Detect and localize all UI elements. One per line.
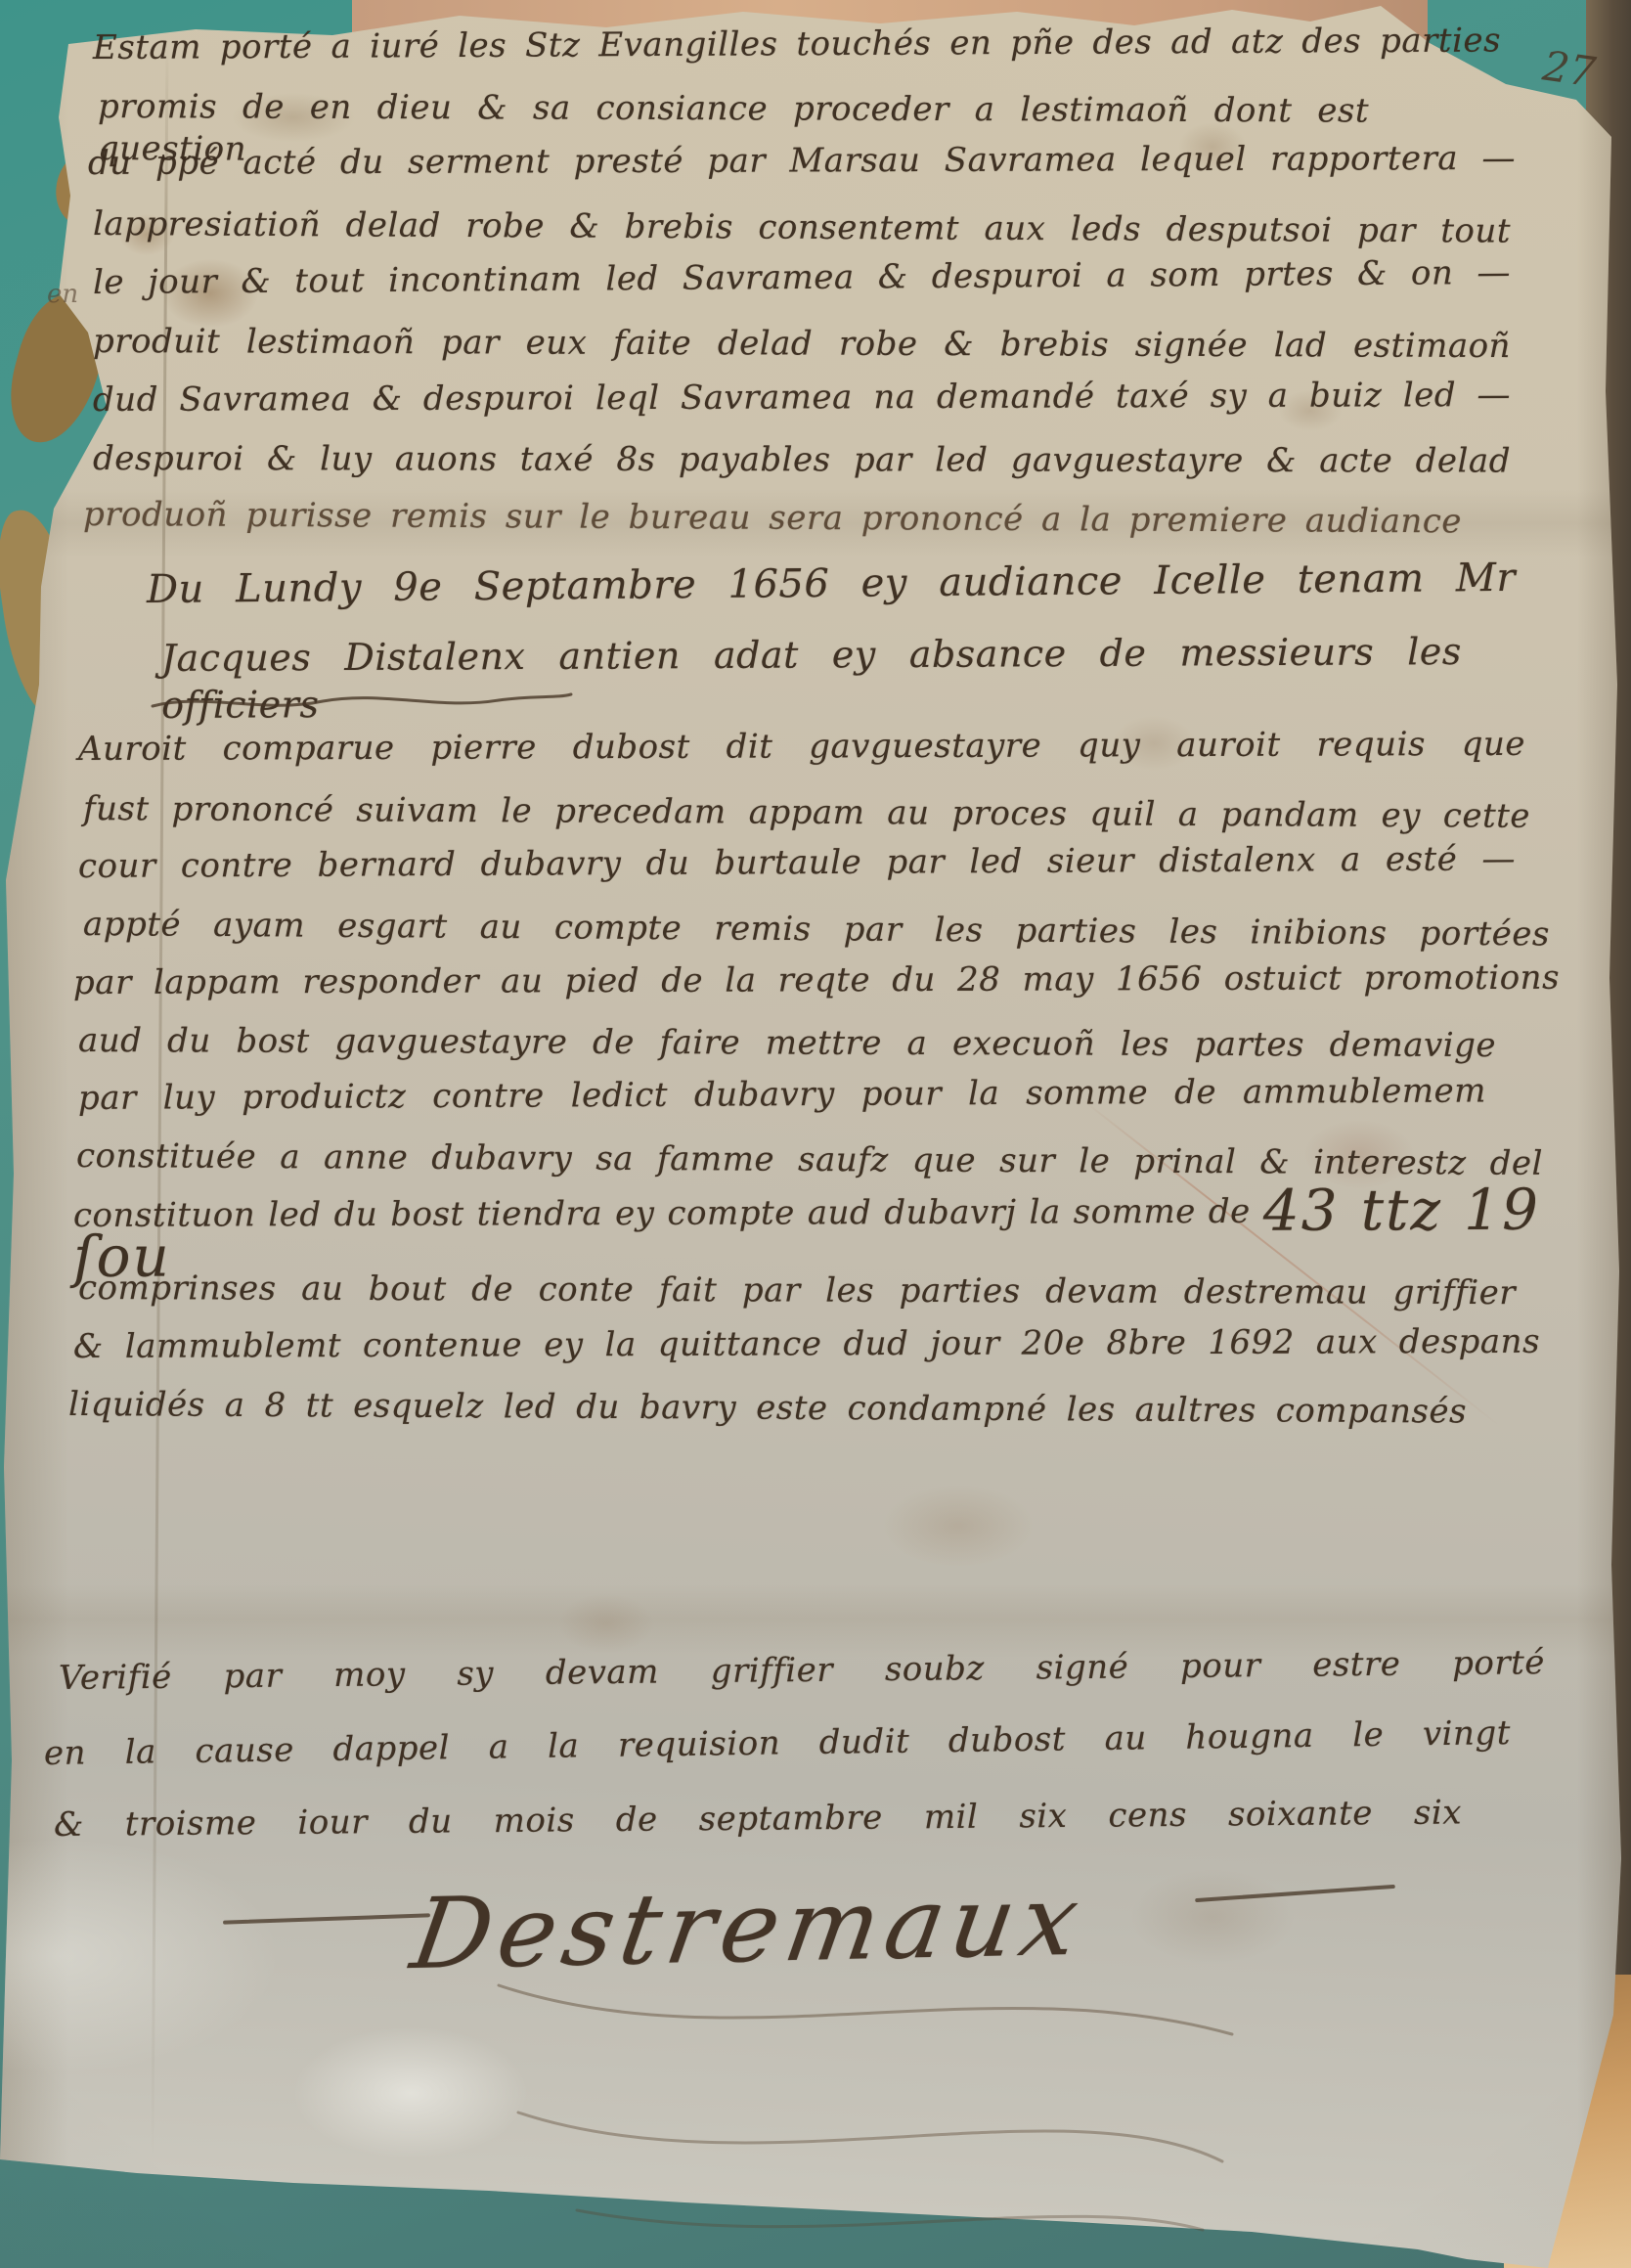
manuscript-line: produoñ purisse remis sur le bureau sera…: [83, 494, 1462, 543]
manuscript-line: Auroit comparue pierre dubost dit gavgue…: [78, 724, 1525, 771]
manuscript-line: par lappam responder au pied de la reqte…: [73, 957, 1560, 1004]
manuscript-line: lappresiatioñ delad robe & brebis consen…: [93, 203, 1511, 252]
manuscript-photo: 27 en Estam porté a iuré les Stz Evangil…: [0, 0, 1631, 2268]
manuscript-line: du ppé acté du serment presté par Marsau…: [88, 138, 1516, 185]
signature-flourish: [460, 1946, 1261, 2259]
manuscript-line: & lammublemt contenue ey la quittance du…: [73, 1321, 1540, 1368]
manuscript-line: comprinses au bout de conte fait par les…: [78, 1267, 1516, 1314]
manuscript-line: fust prononcé suivam le precedam appam a…: [83, 788, 1530, 837]
manuscript-line: Estam porté a iuré les Stz Evangilles to…: [93, 20, 1501, 68]
manuscript-line: par luy produictz contre ledict dubavry …: [78, 1070, 1486, 1119]
margin-note: en: [47, 280, 78, 309]
manuscript-line: despuroi & luy auons taxé 8s payables pa…: [93, 438, 1511, 482]
manuscript-line: cour contre bernard dubavry du burtaule …: [78, 838, 1516, 887]
underline-flourish: [147, 687, 577, 720]
manuscript-line-text: constituon led du bost tiendra ey compte…: [73, 1192, 1251, 1235]
manuscript-line: produit lestimaoñ par eux faite delad ro…: [93, 321, 1511, 368]
folio-number: 27: [1540, 42, 1599, 97]
manuscript-line-with-amount: constituon led du bost tiendra ey compte…: [73, 1190, 1540, 1278]
manuscript-line: liquidés a 8 tt esquelz led du bavry est…: [68, 1384, 1467, 1433]
manuscript-line: dud Savramea & despuroi leql Savramea na…: [93, 375, 1511, 422]
manuscript-line: aud du bost gavguestayre de faire mettre…: [78, 1020, 1496, 1067]
